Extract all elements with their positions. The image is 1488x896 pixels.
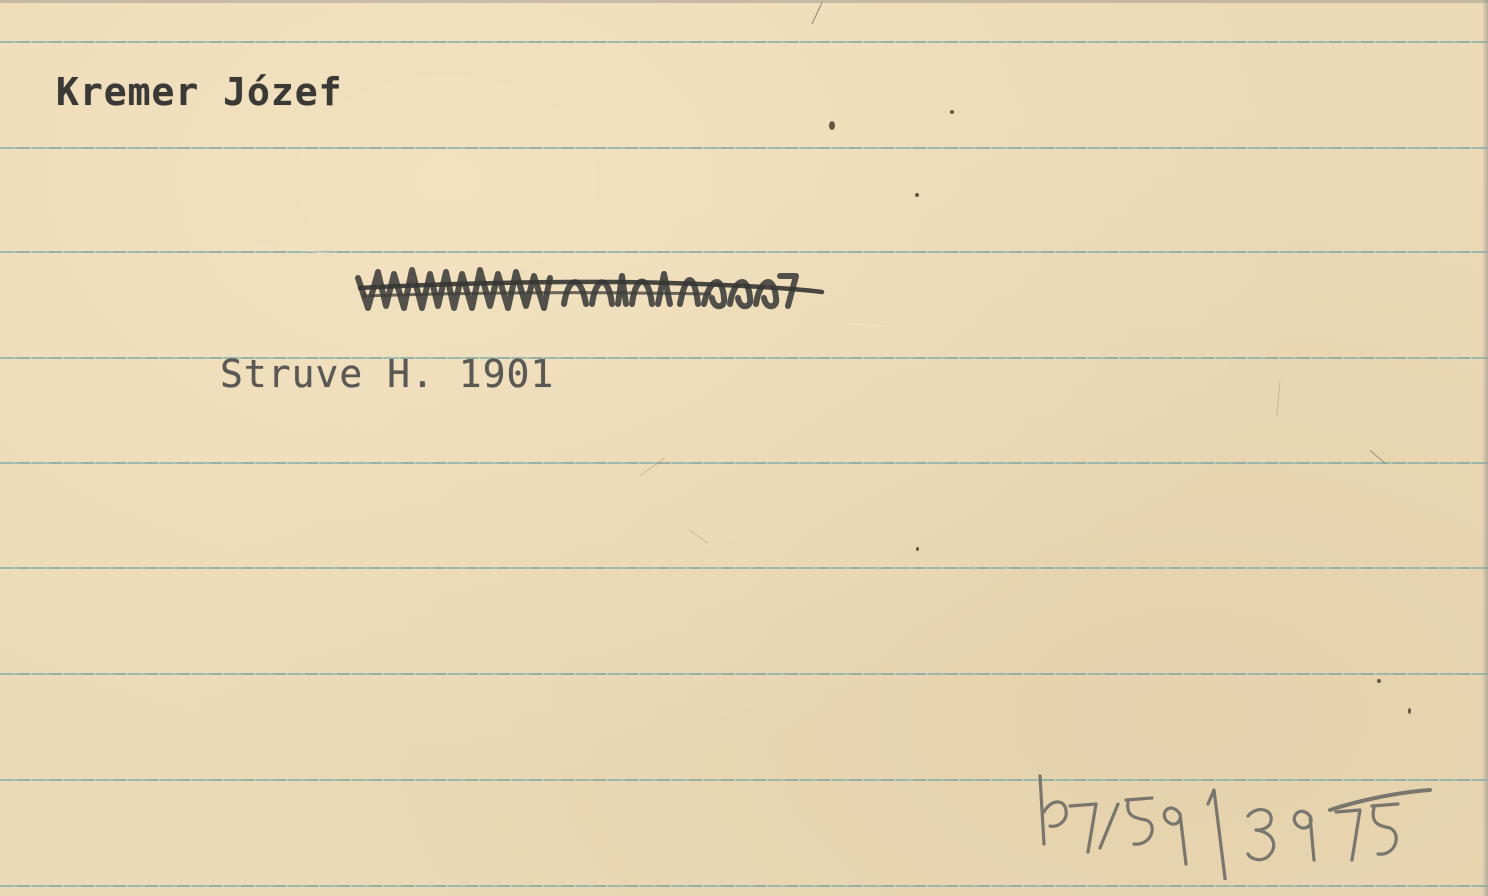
ruled-line xyxy=(0,251,1488,253)
paper-fiber xyxy=(690,530,709,543)
paper-speck xyxy=(950,110,954,114)
paper-fiber xyxy=(811,2,822,24)
ruled-line xyxy=(0,41,1488,43)
paper-fiber xyxy=(640,458,665,476)
index-card: Kremer Józef Struve H. 1901 37/59/3975 xyxy=(0,0,1488,896)
ruled-line xyxy=(0,462,1488,464)
pencil-handwriting-icon xyxy=(1030,770,1450,880)
ruled-line xyxy=(0,147,1488,149)
paper-speck xyxy=(916,547,919,551)
paper-speck xyxy=(915,193,919,197)
paper-fiber xyxy=(845,323,890,327)
struck-out-text xyxy=(350,258,830,318)
paper-fiber xyxy=(1276,380,1280,416)
ruled-line xyxy=(0,885,1488,887)
card-reference: Struve H. 1901 xyxy=(220,352,554,396)
handwritten-shelfmark: 37/59/3975 xyxy=(1030,770,1450,880)
paper-speck xyxy=(1408,708,1411,714)
ruled-line xyxy=(0,567,1488,569)
ruled-line xyxy=(0,673,1488,675)
paper-speck xyxy=(829,121,835,130)
card-name: Kremer Józef xyxy=(56,70,343,114)
paper-speck xyxy=(1377,679,1381,683)
